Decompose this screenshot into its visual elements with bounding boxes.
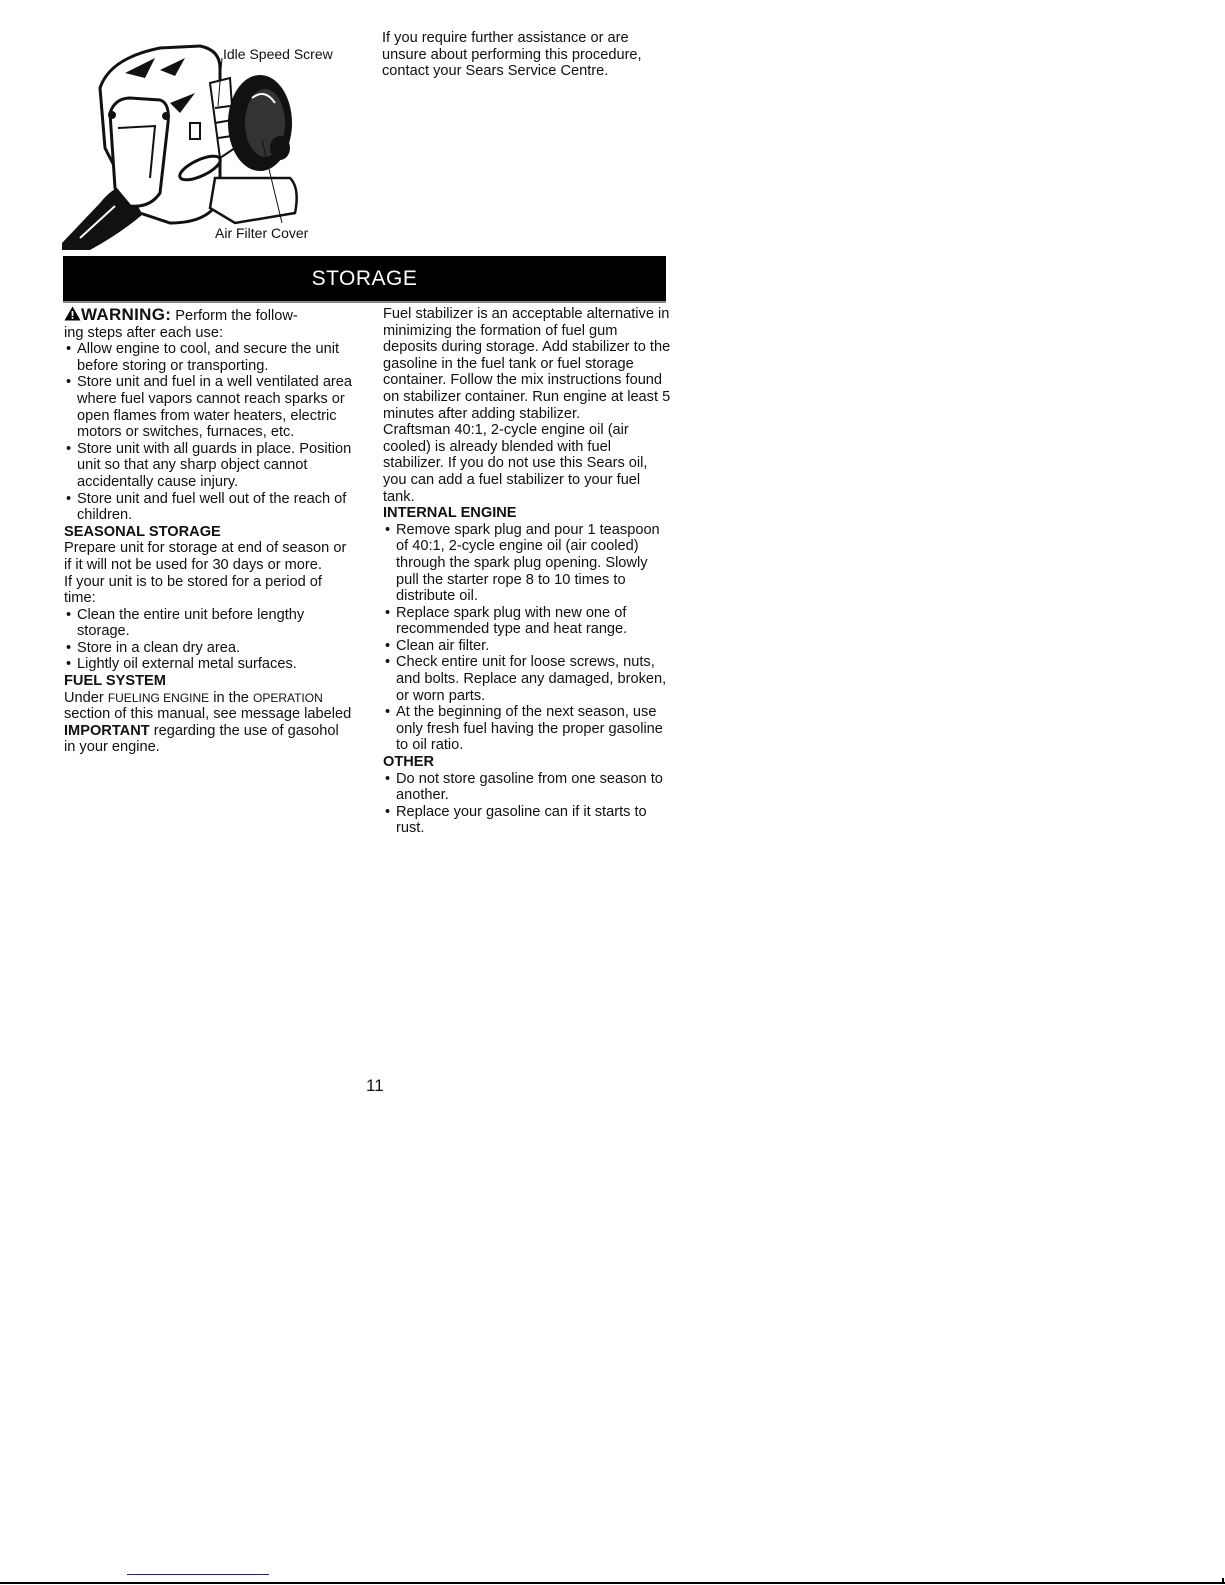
list-item: Check entire unit for loose screws, nuts… — [383, 654, 673, 704]
warning-text: Perform the follow- — [171, 308, 298, 324]
text-run: in the — [209, 690, 253, 706]
air-filter-cover-label: Air Filter Cover — [215, 225, 308, 241]
warning-block: WARNING: Perform the follow- — [64, 306, 354, 325]
list-item: Remove spark plug and pour 1 teaspoon of… — [383, 522, 673, 605]
list-item: Clean the entire unit before lengthy sto… — [64, 607, 354, 640]
list-item: Store unit and fuel well out of the reac… — [64, 491, 354, 524]
fuel-system-heading: FUEL SYSTEM — [64, 673, 354, 690]
internal-engine-heading: INTERNAL ENGINE — [383, 505, 673, 522]
section-title: STORAGE — [312, 267, 418, 291]
left-column: WARNING: Perform the follow- ing steps a… — [64, 306, 354, 756]
operation-ref: OPERATION — [253, 691, 323, 705]
fueling-engine-ref: FUELING ENGINE — [108, 691, 209, 705]
assistance-note: If you require further assistance or are… — [382, 30, 672, 80]
seasonal-para-2: If your unit is to be stored for a perio… — [64, 574, 354, 607]
internal-engine-list: Remove spark plug and pour 1 teaspoon of… — [383, 522, 673, 754]
page-corner-mark — [1222, 1578, 1224, 1584]
list-item: Lightly oil external metal surfaces. — [64, 656, 354, 673]
other-list: Do not store gasoline from one season to… — [383, 771, 673, 837]
seasonal-list: Clean the entire unit before lengthy sto… — [64, 607, 354, 673]
text-run: Under — [64, 690, 108, 706]
seasonal-para-1: Prepare unit for storage at end of seaso… — [64, 540, 354, 573]
link-underline[interactable] — [127, 1574, 269, 1575]
list-item: Store in a clean dry area. — [64, 640, 354, 657]
page-number: 11 — [366, 1076, 384, 1096]
warning-triangle-icon — [64, 306, 81, 321]
list-item: Replace your gasoline can if it starts t… — [383, 804, 673, 837]
craftsman-oil-para: Craftsman 40:1, 2-cycle engine oil (air … — [383, 422, 673, 505]
list-item: Do not store gasoline from one season to… — [383, 771, 673, 804]
warning-list: Allow engine to cool, and secure the uni… — [64, 341, 354, 524]
right-column: Fuel stabilizer is an acceptable alterna… — [383, 306, 673, 837]
idle-speed-screw-label: Idle Speed Screw — [223, 46, 333, 62]
important-ref: IMPORTANT — [64, 723, 150, 739]
list-item: Store unit with all guards in place. Pos… — [64, 441, 354, 491]
fuel-system-text: Under FUELING ENGINE in the OPERATION se… — [64, 690, 354, 756]
page-bottom-rule — [0, 1582, 1225, 1584]
list-item: Replace spark plug with new one of recom… — [383, 605, 673, 638]
list-item: Store unit and fuel in a well ventilated… — [64, 374, 354, 440]
stabilizer-para: Fuel stabilizer is an acceptable alterna… — [383, 306, 673, 422]
text-run: section of this manual, see message labe… — [64, 706, 351, 722]
other-heading: OTHER — [383, 754, 673, 771]
storage-banner: STORAGE — [63, 256, 666, 303]
warning-text-cont: ing steps after each use: — [64, 325, 354, 342]
list-item: Allow engine to cool, and secure the uni… — [64, 341, 354, 374]
list-item: Clean air filter. — [383, 638, 673, 655]
engine-illustration: Idle Speed Screw Air Filter Cover — [60, 28, 360, 250]
list-item: At the beginning of the next season, use… — [383, 704, 673, 754]
seasonal-storage-heading: SEASONAL STORAGE — [64, 524, 354, 541]
warning-label: WARNING: — [81, 305, 171, 324]
